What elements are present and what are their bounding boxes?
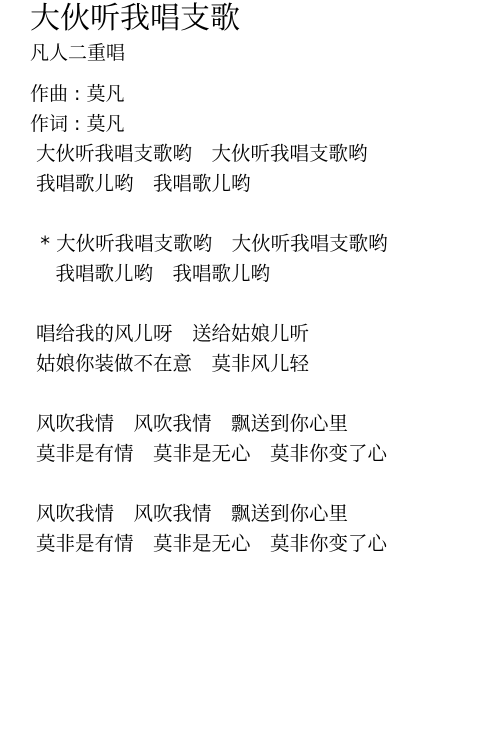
lyric-blank-line (36, 469, 388, 499)
lyric-line: 我唱歌儿哟 我唱歌儿哟 (36, 169, 388, 199)
lyric-line: 莫非是有情 莫非是无心 莫非你变了心 (36, 529, 388, 559)
song-title: 大伙听我唱支歌 (30, 0, 240, 38)
lyric-blank-line (36, 199, 388, 229)
lyric-line: 风吹我情 风吹我情 飘送到你心里 (36, 409, 388, 439)
lyricist-credit: 作词 : 莫凡 (30, 109, 124, 139)
lyric-line: 大伙听我唱支歌哟 大伙听我唱支歌哟 (36, 139, 388, 169)
song-credits: 作曲 : 莫凡 作词 : 莫凡 (30, 79, 124, 139)
song-subtitle: 凡人二重唱 (30, 40, 125, 66)
lyric-line: 姑娘你装做不在意 莫非风儿轻 (36, 349, 388, 379)
lyric-line: 莫非是有情 莫非是无心 莫非你变了心 (36, 439, 388, 469)
lyric-blank-line (36, 379, 388, 409)
composer-credit: 作曲 : 莫凡 (30, 79, 124, 109)
lyrics-body: 大伙听我唱支歌哟 大伙听我唱支歌哟 我唱歌儿哟 我唱歌儿哟 * 大伙听我唱支歌哟… (36, 139, 388, 559)
lyric-line: 风吹我情 风吹我情 飘送到你心里 (36, 499, 388, 529)
lyric-blank-line (36, 289, 388, 319)
lyric-line-chorus: * 大伙听我唱支歌哟 大伙听我唱支歌哟 (34, 229, 388, 259)
lyric-line: 唱给我的风儿呀 送给姑娘儿听 (36, 319, 388, 349)
lyric-line-chorus: 我唱歌儿哟 我唱歌儿哟 (36, 259, 388, 289)
